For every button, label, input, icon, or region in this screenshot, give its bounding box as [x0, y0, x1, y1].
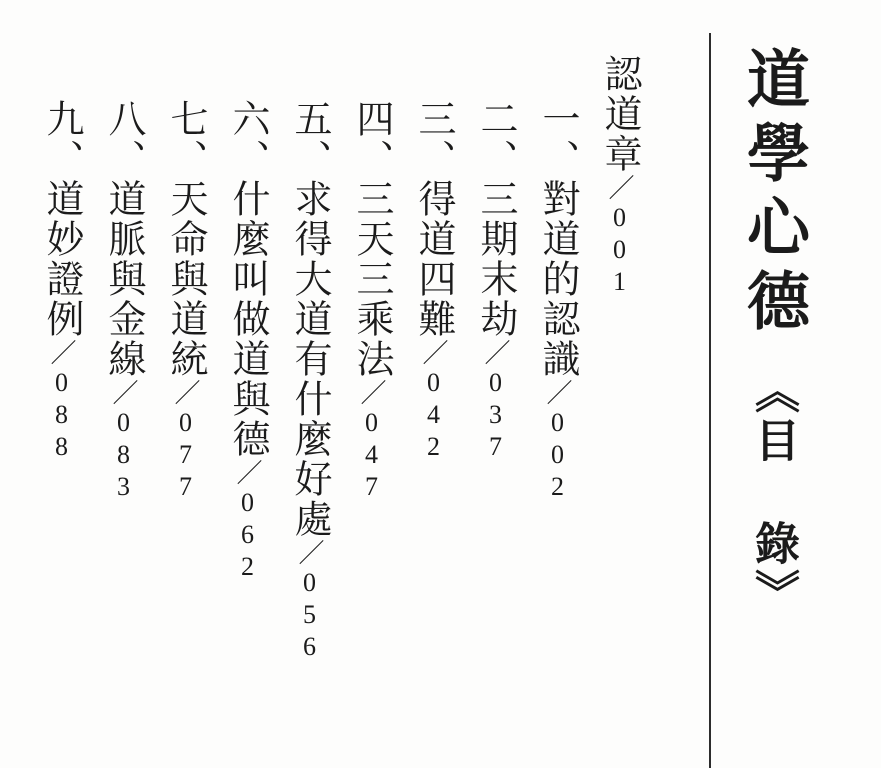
toc-entry-label: 六、什麼叫做道與德 [226, 99, 268, 459]
toc-entry-label: 一、對道的認識 [536, 99, 578, 379]
toc-entry-label: 七、天命與道統 [164, 99, 206, 379]
toc-entry-page-number: ／002 [543, 379, 572, 504]
toc-entry: 六、什麼叫做道與德／062 [226, 54, 268, 734]
toc-entry-page-number: ／042 [419, 339, 448, 464]
toc-entry-page-number: ／056 [295, 539, 324, 664]
toc-content: 認道章／001 一、對道的認識／002 二、三期末劫／037 三、得道四難／04… [40, 54, 640, 734]
toc-entry: 七、天命與道統／077 [164, 54, 206, 734]
toc-entry-page-number: ／083 [109, 379, 138, 504]
toc-entry: 一、對道的認識／002 [536, 54, 578, 734]
toc-entry-page-number: ／062 [233, 459, 262, 584]
toc-entry: 三、得道四難／042 [412, 54, 454, 734]
toc-entry-page-number: ／037 [481, 339, 510, 464]
chapter-page-number: ／001 [605, 174, 634, 299]
chapter-heading: 認道章／001 [598, 54, 640, 734]
toc-entry-label: 九、道妙證例 [40, 99, 82, 339]
toc-entry: 八、道脈與金線／083 [102, 54, 144, 734]
toc-entry-page-number: ／047 [357, 379, 386, 504]
chapter-heading-text: 認道章 [598, 54, 640, 174]
toc-entry-label: 三、得道四難 [412, 99, 454, 339]
toc-entry-label: 八、道脈與金線 [102, 99, 144, 379]
toc-entry-label: 五、求得大道有什麼好處 [288, 99, 330, 539]
toc-entry-label: 四、三天三乘法 [350, 99, 392, 379]
toc-entry: 九、道妙證例／088 [40, 54, 82, 734]
toc-entry-page-number: ／077 [171, 379, 200, 504]
vertical-divider-line [709, 33, 711, 768]
toc-entry: 二、三期末劫／037 [474, 54, 516, 734]
toc-page: 道學心德《目 錄》 認道章／001 一、對道的認識／002 二、三期末劫／037… [0, 0, 881, 768]
book-title: 道學心德 [737, 46, 810, 342]
toc-section-label: 《目 錄》 [748, 368, 798, 618]
title-column: 道學心德《目 錄》 [737, 46, 809, 686]
toc-entry-page-number: ／088 [47, 339, 76, 464]
toc-entry: 四、三天三乘法／047 [350, 54, 392, 734]
toc-entry-label: 二、三期末劫 [474, 99, 516, 339]
toc-entry: 五、求得大道有什麼好處／056 [288, 54, 330, 734]
